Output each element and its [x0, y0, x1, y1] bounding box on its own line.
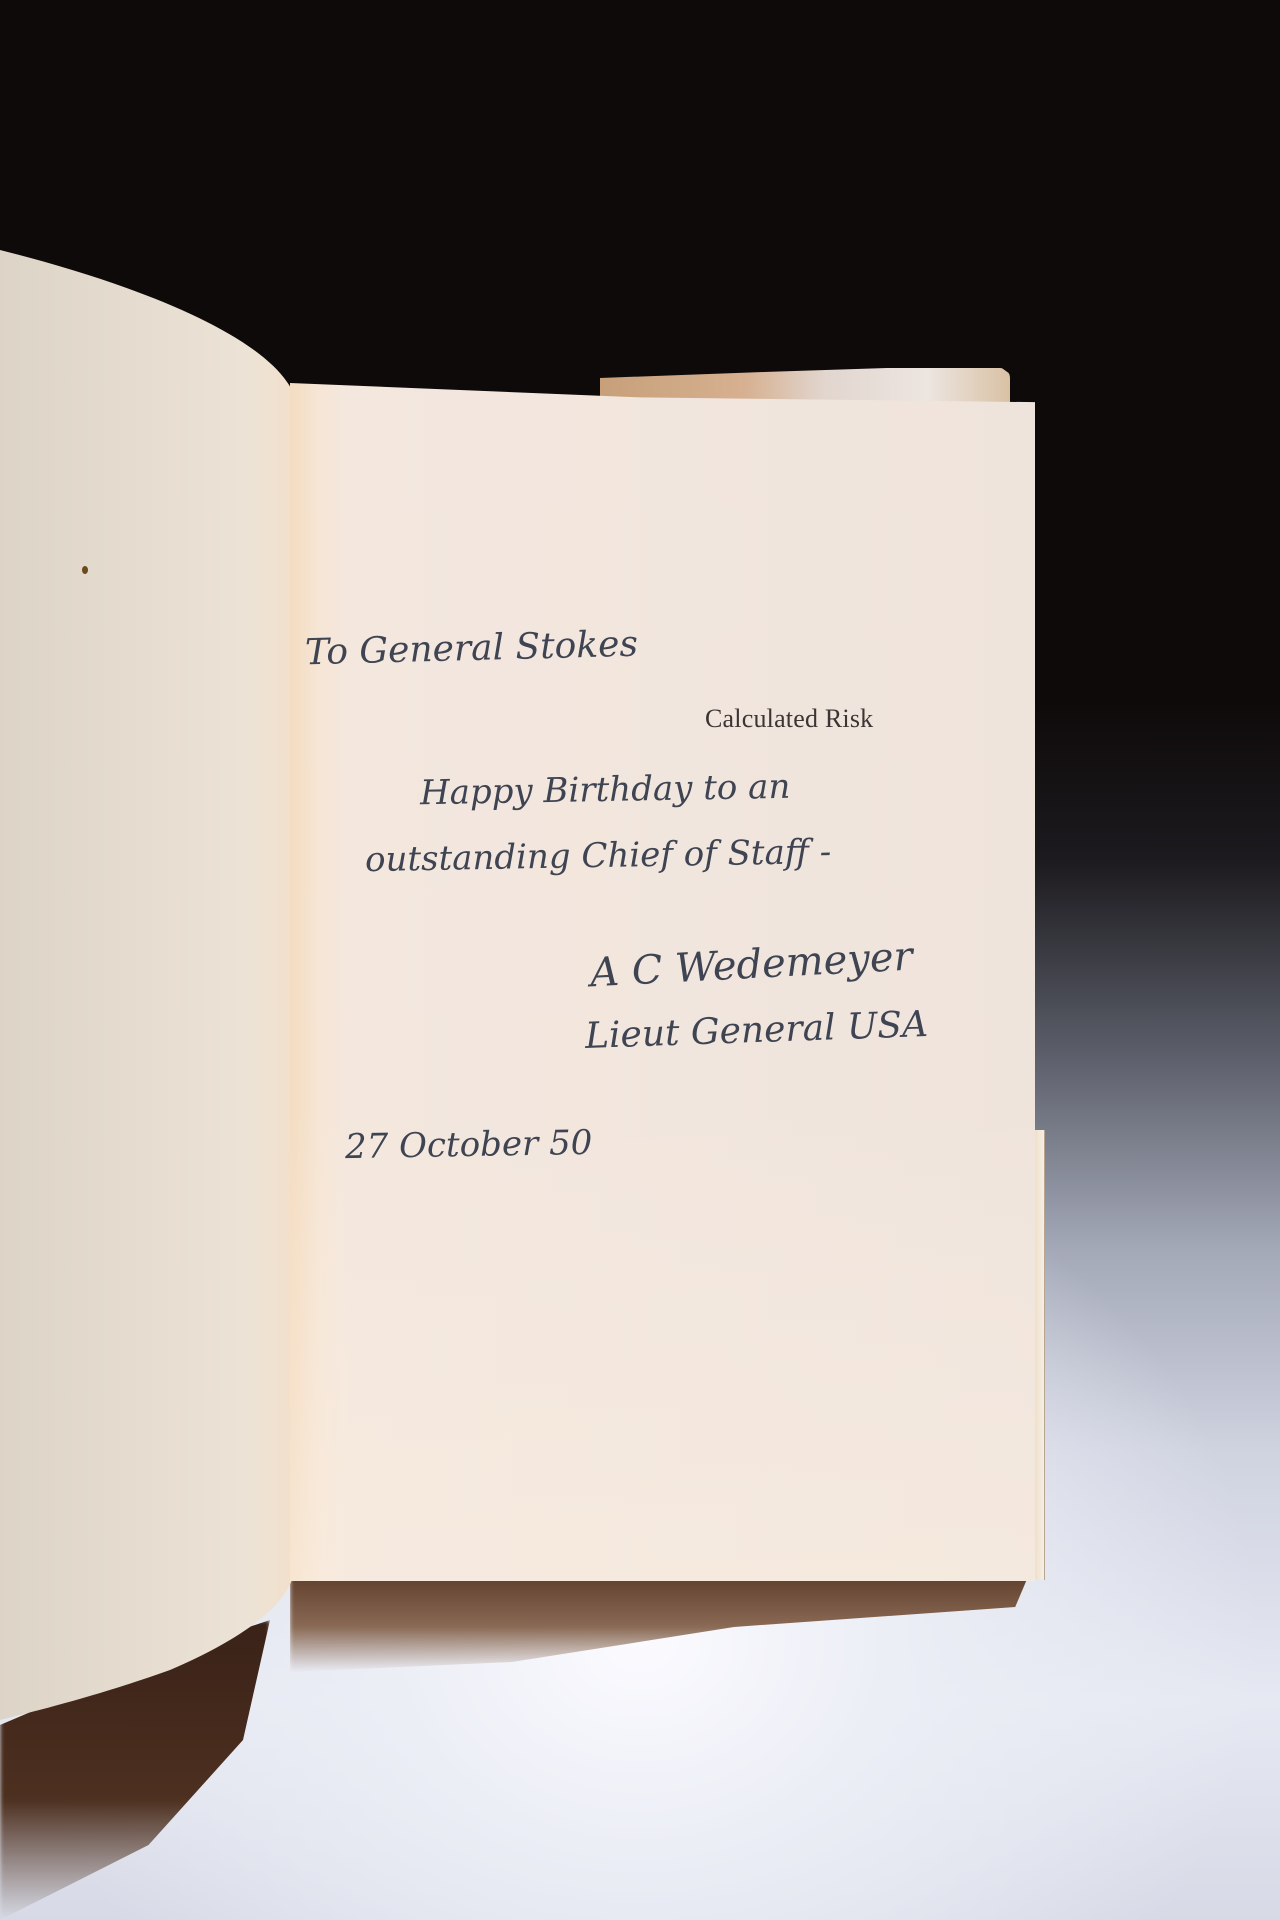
inscription-line-1: Happy Birthday to an [420, 767, 791, 813]
printed-book-title: Calculated Risk [705, 704, 873, 734]
inscription-salutation: To General Stokes [305, 624, 639, 674]
foxing-spot [82, 566, 88, 574]
page-block-edge [1035, 1130, 1045, 1580]
left-page [0, 250, 292, 1720]
inscription-date: 27 October 50 [345, 1123, 593, 1167]
inscription-line-2: outstanding Chief of Staff - [365, 832, 832, 880]
